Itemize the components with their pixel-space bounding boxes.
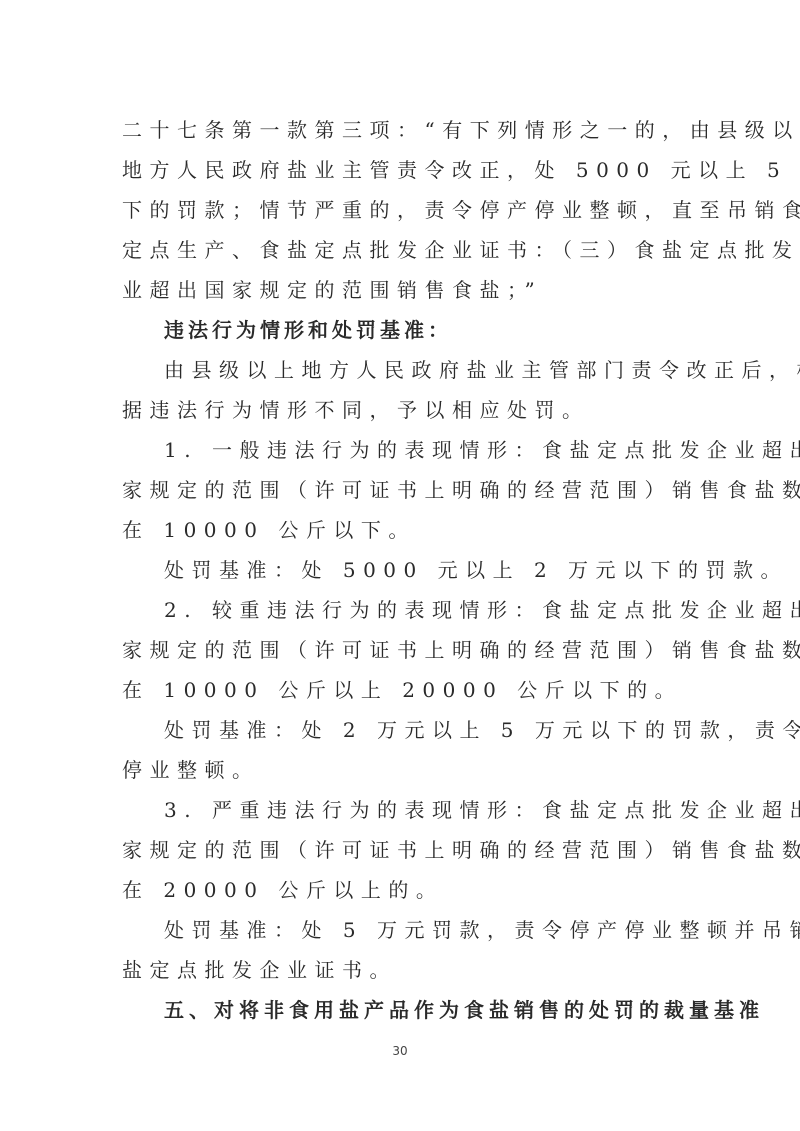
item-3-description: 在 20000 公斤以上的。 xyxy=(122,870,682,910)
item-1-description: 1. 一般违法行为的表现情形：食盐定点批发企业超出国 xyxy=(122,430,682,470)
text-line: 二十七条第一款第三项：“有下列情形之一的，由县级以上 xyxy=(122,110,682,150)
text-line: 定点生产、食盐定点批发企业证书：（三）食盐定点批发企 xyxy=(122,230,682,270)
document-page: 二十七条第一款第三项：“有下列情形之一的，由县级以上 地方人民政府盐业主管责令改… xyxy=(0,0,800,1131)
item-3-description: 3. 严重违法行为的表现情形：食盐定点批发企业超出国 xyxy=(122,790,682,830)
page-number: 30 xyxy=(0,1044,800,1058)
item-1-description: 在 10000 公斤以下。 xyxy=(122,510,682,550)
intro-line: 据违法行为情形不同，予以相应处罚。 xyxy=(122,390,682,430)
next-section-heading: 五、对将非食用盐产品作为食盐销售的处罚的裁量基准 xyxy=(122,990,682,1030)
item-1-penalty: 处罚基准：处 5000 元以上 2 万元以下的罚款。 xyxy=(122,550,682,590)
section-title: 违法行为情形和处罚基准： xyxy=(122,310,682,350)
item-3-description: 家规定的范围（许可证书上明确的经营范围）销售食盐数量 xyxy=(122,830,682,870)
item-1-description: 家规定的范围（许可证书上明确的经营范围）销售食盐数量 xyxy=(122,470,682,510)
item-2-description: 2. 较重违法行为的表现情形：食盐定点批发企业超出国 xyxy=(122,590,682,630)
text-line: 业超出国家规定的范围销售食盐；” xyxy=(122,270,682,310)
item-2-penalty: 处罚基准：处 2 万元以上 5 万元以下的罚款，责令停产 xyxy=(122,710,682,750)
document-body: 二十七条第一款第三项：“有下列情形之一的，由县级以上 地方人民政府盐业主管责令改… xyxy=(122,110,682,1030)
item-3-penalty: 处罚基准：处 5 万元罚款，责令停产停业整顿并吊销食 xyxy=(122,910,682,950)
text-line: 下的罚款；情节严重的，责令停产停业整顿，直至吊销食盐 xyxy=(122,190,682,230)
item-3-penalty: 盐定点批发企业证书。 xyxy=(122,950,682,990)
item-2-description: 在 10000 公斤以上 20000 公斤以下的。 xyxy=(122,670,682,710)
intro-line: 由县级以上地方人民政府盐业主管部门责令改正后，根 xyxy=(122,350,682,390)
item-2-penalty: 停业整顿。 xyxy=(122,750,682,790)
text-line: 地方人民政府盐业主管责令改正，处 5000 元以上 5 万元以 xyxy=(122,150,682,190)
item-2-description: 家规定的范围（许可证书上明确的经营范围）销售食盐数量 xyxy=(122,630,682,670)
